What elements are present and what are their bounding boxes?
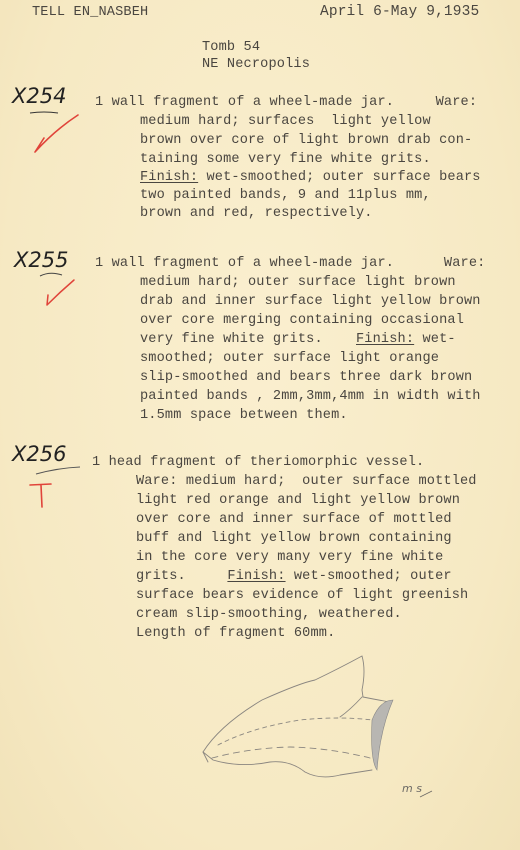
vessel-sketch-drawing: m s (0, 0, 520, 850)
artist-initials: m s (402, 782, 422, 795)
